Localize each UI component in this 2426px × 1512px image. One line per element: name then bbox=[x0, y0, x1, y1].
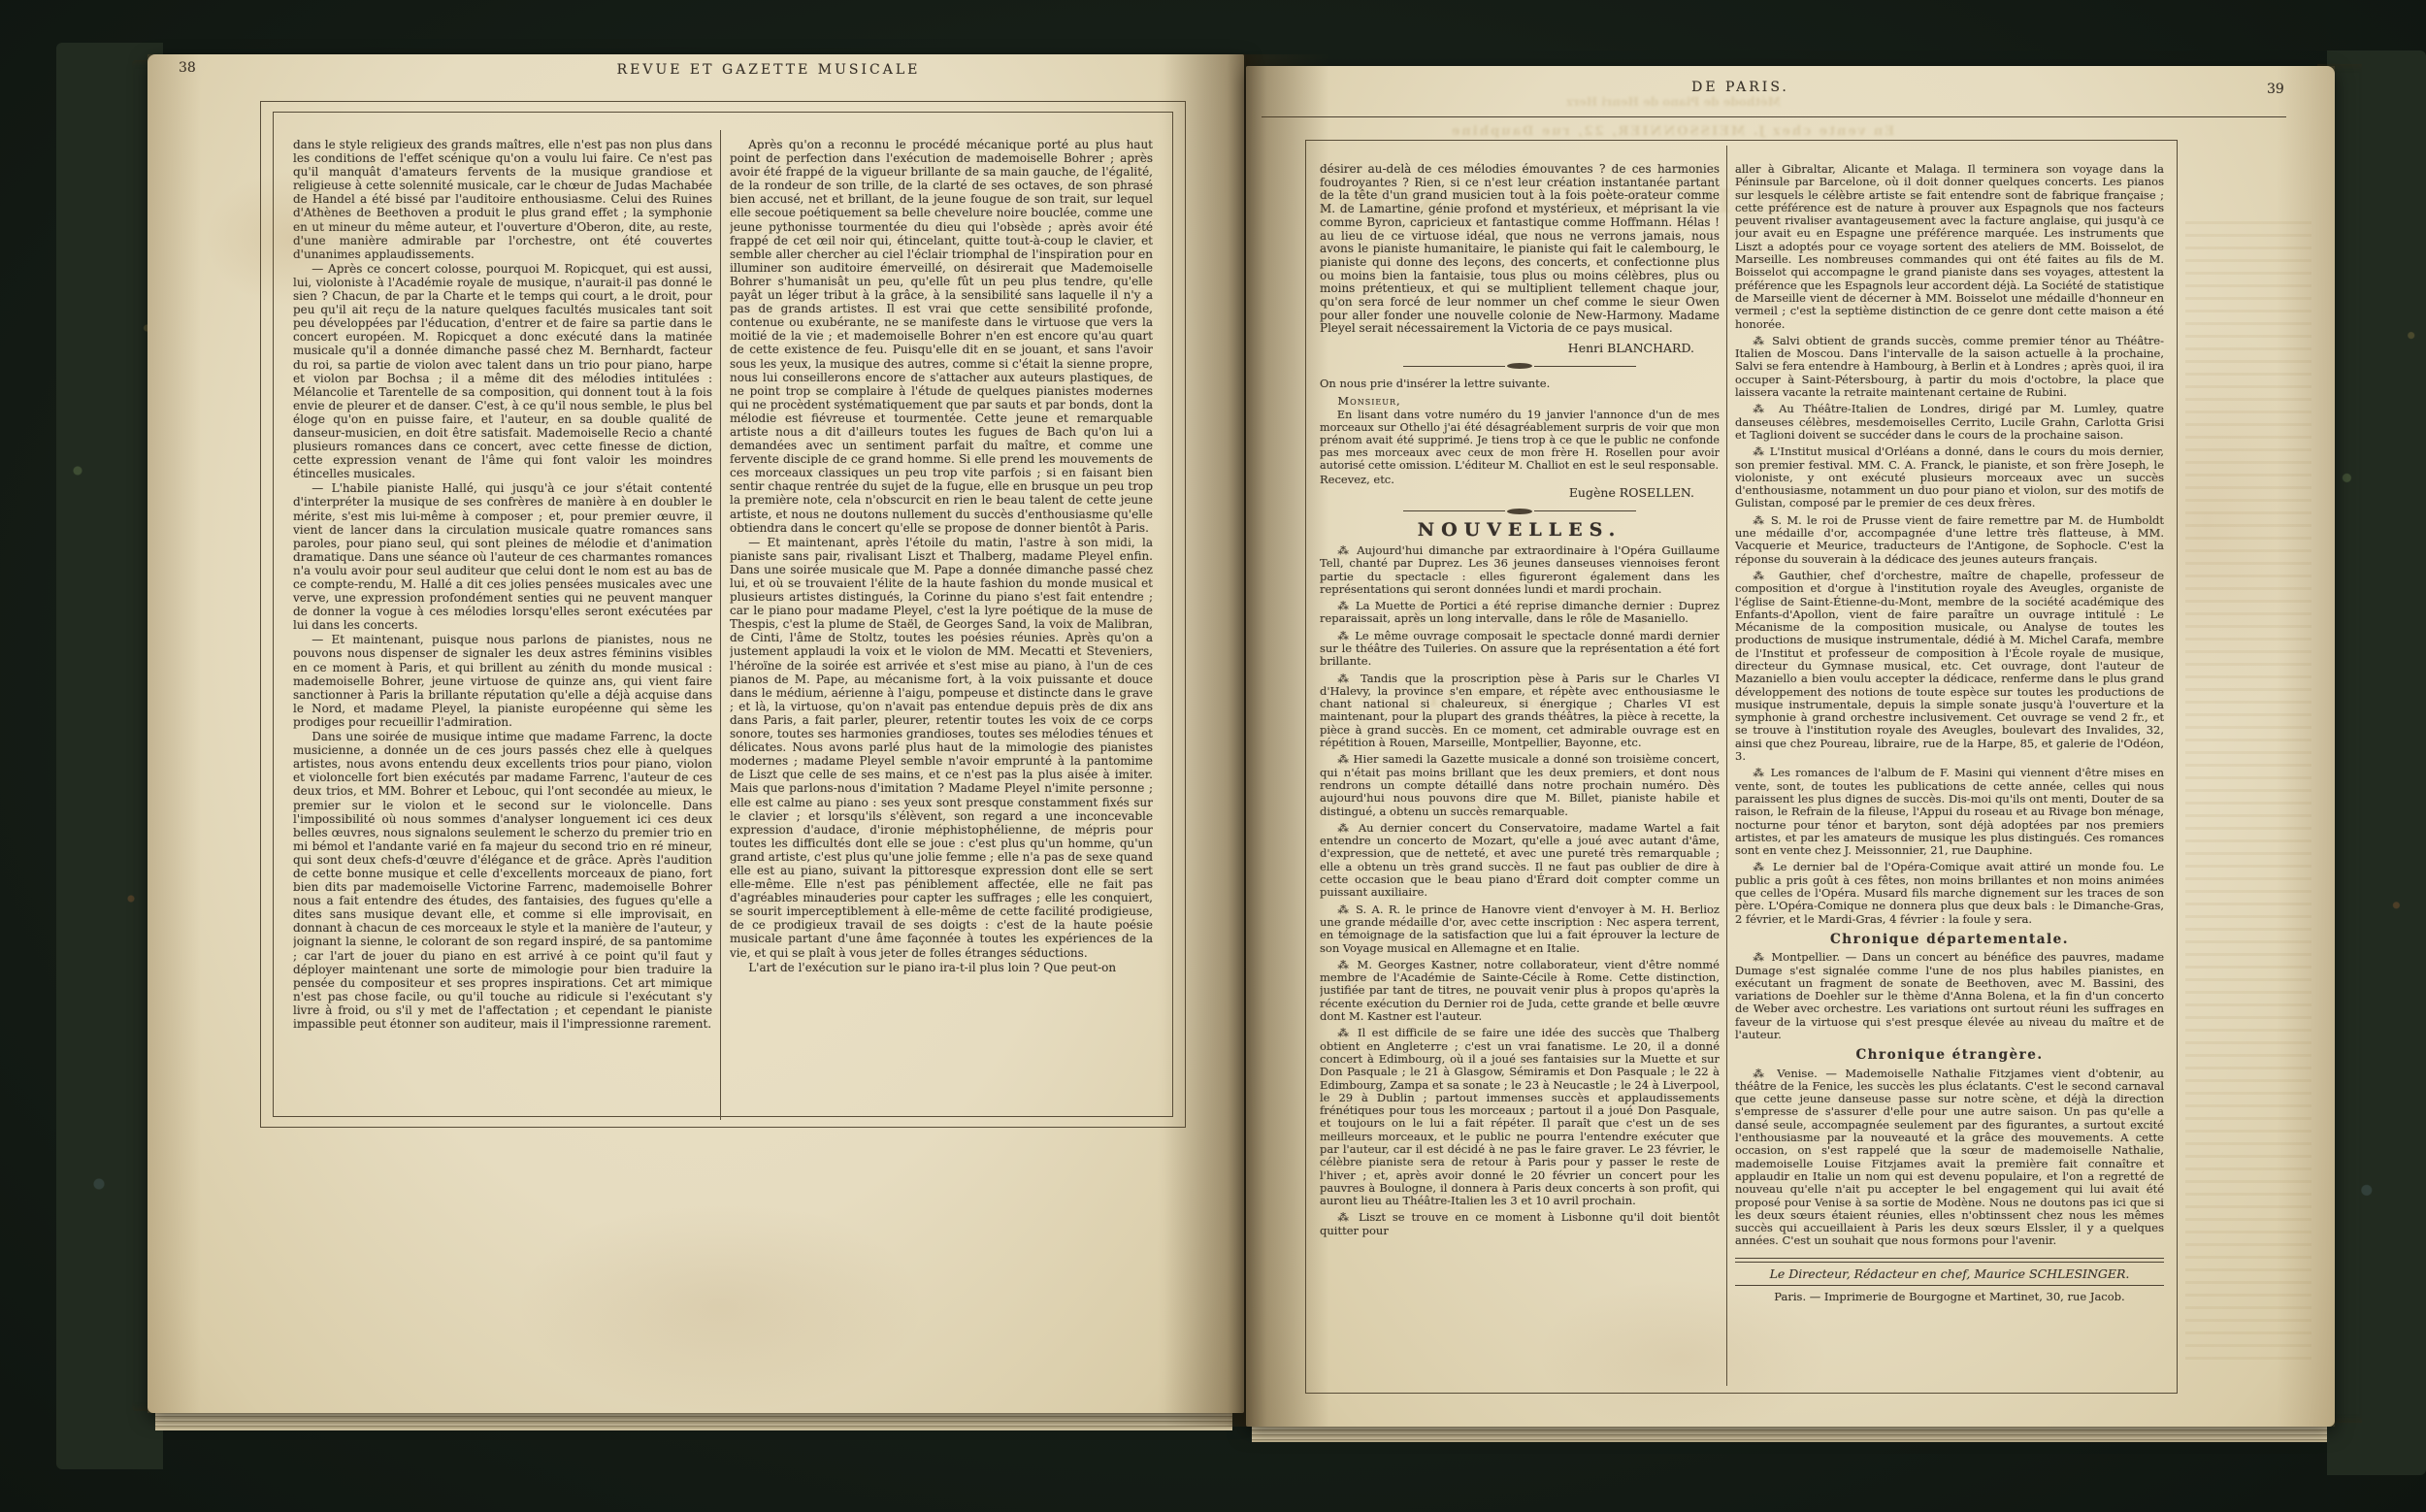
letter-paragraph: En lisant dans votre numéro du 19 janvie… bbox=[1320, 409, 1720, 472]
news-item: ⁂ L'Institut musical d'Orléans a donné, … bbox=[1735, 445, 2164, 509]
chronique-etrangere-items: ⁂ Venise. — Mademoiselle Nathalie Fitzja… bbox=[1735, 1068, 2164, 1248]
article-paragraph: — Et maintenant, puisque nous parlons de… bbox=[293, 633, 712, 729]
footer-director-line: Le Directeur, Rédacteur en chef, Maurice… bbox=[1735, 1263, 2164, 1283]
article-paragraph: Après qu'on a reconnu le procédé mécaniq… bbox=[730, 138, 1153, 535]
footer-single-rule bbox=[1735, 1285, 2164, 1286]
news-item: ⁂ Aujourd'hui dimanche par extraordinair… bbox=[1320, 544, 1720, 596]
article-paragraph: Dans une soirée de musique intime que ma… bbox=[293, 730, 712, 1031]
section-heading-nouvelles: NOUVELLES. bbox=[1320, 524, 1720, 537]
news-item: ⁂ Le dernier bal de l'Opéra-Comique avai… bbox=[1735, 861, 2164, 925]
news-item: ⁂ S. M. le roi de Prusse vient de faire … bbox=[1735, 514, 2164, 566]
lead-article-continuation: désirer au-delà de ces mélodies émouvant… bbox=[1320, 163, 1720, 336]
news-list-column-2: aller à Gibraltar, Alicante et Malaga. I… bbox=[1735, 163, 2164, 926]
article-paragraph: — L'habile pianiste Hallé, qui jusqu'à c… bbox=[293, 481, 712, 632]
left-page: 38 REVUE ET GAZETTE MUSICALE dans le sty… bbox=[148, 54, 1244, 1413]
bleed-through-margin-lines bbox=[2185, 221, 2311, 1366]
article-paragraph: désirer au-delà de ces mélodies émouvant… bbox=[1320, 163, 1720, 336]
bleed-through-text: Méthode de Piano de Henri Herz bbox=[1566, 95, 1781, 109]
article-paragraph: dans le style religieux des grands maîtr… bbox=[293, 138, 712, 261]
letter-closing: Recevez, etc. bbox=[1320, 474, 1720, 486]
letter-salutation: Monsieur, bbox=[1320, 395, 1720, 408]
ornamental-divider bbox=[1403, 363, 1636, 369]
chronique-departementale-items: ⁂ Montpellier. — Dans un concert au béné… bbox=[1735, 951, 2164, 1041]
news-item: ⁂ Le même ouvrage composait le spectacle… bbox=[1320, 630, 1720, 669]
letter-signature: Eugène ROSELLEN. bbox=[1320, 486, 1720, 499]
running-title-right: DE PARIS. bbox=[1305, 80, 2176, 95]
page-number-right: 39 bbox=[2267, 82, 2284, 97]
right-page: DE PARIS. 39 En vente chez J. MEISSONNIE… bbox=[1246, 66, 2335, 1427]
left-page-column-1: dans le style religieux des grands maîtr… bbox=[293, 138, 712, 1116]
news-item: ⁂ Il est difficile de se faire une idée … bbox=[1320, 1027, 1720, 1207]
header-rule bbox=[1262, 116, 2286, 117]
book-photo: 38 REVUE ET GAZETTE MUSICALE dans le sty… bbox=[0, 0, 2426, 1512]
letter-intro: On nous prie d'insérer la lettre suivant… bbox=[1320, 378, 1720, 390]
column-divider-left-page bbox=[720, 130, 721, 1120]
news-item: ⁂ La Muette de Portici a été reprise dim… bbox=[1320, 600, 1720, 626]
news-item: ⁂ Tandis que la proscription pèse à Pari… bbox=[1320, 673, 1720, 750]
right-page-column-2: aller à Gibraltar, Alicante et Malaga. I… bbox=[1735, 163, 2164, 1388]
news-item: ⁂ M. Georges Kastner, notre collaborateu… bbox=[1320, 959, 1720, 1023]
page-number-left: 38 bbox=[179, 60, 196, 76]
bleed-through-text: En vente chez J. MEISSONNIER, 22, rue Da… bbox=[1450, 124, 1894, 139]
news-item: ⁂ Au Théâtre-Italien de Londres, dirigé … bbox=[1735, 403, 2164, 442]
running-title-left: REVUE ET GAZETTE MUSICALE bbox=[283, 62, 1254, 78]
article-signature: Henri BLANCHARD. bbox=[1320, 342, 1720, 354]
news-item: ⁂ Au dernier concert du Conservatoire, m… bbox=[1320, 822, 1720, 900]
news-list-column-1: ⁂ Aujourd'hui dimanche par extraordinair… bbox=[1320, 544, 1720, 1237]
column-divider-right-page bbox=[1726, 146, 1727, 1386]
footer-imprint-line: Paris. — Imprimerie de Bourgogne et Mart… bbox=[1735, 1289, 2164, 1305]
heading-chronique-departementale: Chronique départementale. bbox=[1735, 934, 2164, 946]
letter-body: En lisant dans votre numéro du 19 janvie… bbox=[1320, 409, 1720, 472]
news-item: ⁂ Les romances de l'album de F. Masini q… bbox=[1735, 767, 2164, 857]
article-paragraph: L'art de l'exécution sur le piano ira-t-… bbox=[730, 961, 1153, 974]
right-page-column-1: désirer au-delà de ces mélodies émouvant… bbox=[1320, 163, 1720, 1388]
news-item: ⁂ Venise. — Mademoiselle Nathalie Fitzja… bbox=[1735, 1068, 2164, 1248]
news-item: ⁂ Hier samedi la Gazette musicale a donn… bbox=[1320, 753, 1720, 817]
news-item: ⁂ S. A. R. le prince de Hanovre vient d'… bbox=[1320, 904, 1720, 955]
news-item: aller à Gibraltar, Alicante et Malaga. I… bbox=[1735, 163, 2164, 331]
ornamental-divider bbox=[1403, 509, 1636, 514]
news-item: ⁂ Gauthier, chef d'orchestre, maître de … bbox=[1735, 570, 2164, 763]
heading-chronique-etrangere: Chronique étrangère. bbox=[1735, 1049, 2164, 1062]
news-item: ⁂ Salvi obtient de grands succès, comme … bbox=[1735, 335, 2164, 399]
article-paragraph: — Après ce concert colosse, pourquoi M. … bbox=[293, 262, 712, 481]
news-item: ⁂ Montpellier. — Dans un concert au béné… bbox=[1735, 951, 2164, 1041]
foxing-stain bbox=[516, 1200, 924, 1413]
news-item: ⁂ Liszt se trouve en ce moment à Lisbonn… bbox=[1320, 1211, 1720, 1237]
left-page-column-2: Après qu'on a reconnu le procédé mécaniq… bbox=[730, 138, 1153, 1116]
article-paragraph: — Et maintenant, après l'étoile du matin… bbox=[730, 536, 1153, 960]
